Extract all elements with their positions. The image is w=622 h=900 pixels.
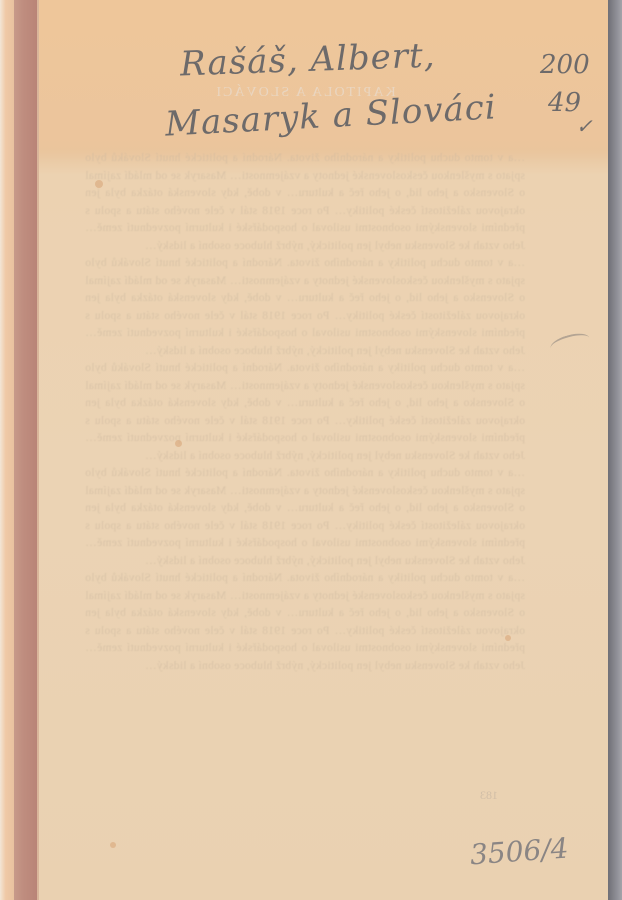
check-mark-icon: ✓: [576, 114, 593, 138]
spine-fold-line: [37, 0, 39, 900]
scanner-shadow: [608, 0, 622, 900]
binding-spine: [14, 0, 37, 900]
document-page: KAPITOLA A SLOVÁCI …a v tomto duchu poli…: [0, 0, 608, 900]
page-edge: [0, 0, 14, 900]
pencil-scribble: [549, 330, 592, 356]
handwritten-inventory-number: 3506/4: [469, 832, 570, 872]
bleed-through-text: …a v tomto duchu politiky a národního ži…: [85, 150, 525, 770]
handwritten-number-top: 200: [540, 50, 590, 80]
paper-stain: [505, 635, 511, 641]
paper-stain: [95, 180, 103, 188]
paper-stain: [175, 440, 182, 447]
bleed-through-page-number: 183: [480, 788, 498, 803]
paper-stain: [110, 842, 116, 848]
